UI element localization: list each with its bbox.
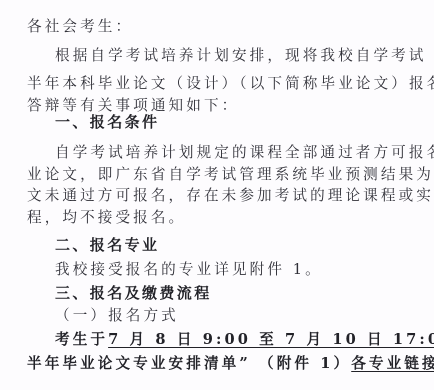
eligibility-line-2: 业论文，即广东省自学考试管理系统毕业预测结果为仅剩毕业论 <box>27 165 434 185</box>
section-heading-majors: 二、报名专业 <box>55 235 159 255</box>
eligibility-line-4: 程，均不接受报名。 <box>27 208 186 228</box>
registration-link-text: 各专业链接报名毕业论 <box>351 355 434 372</box>
method-line-2: 半年毕业论文专业安排清单” （附件 1）各专业链接报名毕业论 <box>27 354 434 374</box>
document-page: 各社会考生： 根据自学考试培养计划安排，现将我校自学考试 2024 年下 半年本… <box>0 0 434 390</box>
section-heading-process: 三、报名及缴费流程 <box>55 283 212 303</box>
method-line-1: 考生于7 月 8 日 9:00 至 7 月 10 日 17:00通过 “2024… <box>55 330 434 350</box>
method-line-2-prefix: 半年毕业论文专业安排清单” （附件 1） <box>27 355 351 372</box>
majors-line-1: 我校接受报名的专业详见附件 1。 <box>55 260 323 280</box>
subsection-heading-method: （一）报名方式 <box>55 306 179 326</box>
eligibility-line-1: 自学考试培养计划规定的课程全部通过者方可报名撰写毕 <box>55 143 434 163</box>
method-line-1-prefix: 考生于 <box>55 331 108 348</box>
salutation: 各社会考生： <box>27 17 133 37</box>
eligibility-line-3: 文未通过方可报名，存在未参加考试的理论课程或实践考核课 <box>27 186 434 206</box>
registration-period: 7 月 8 日 9:00 至 7 月 10 日 17:00 <box>108 331 434 348</box>
intro-line-1: 根据自学考试培养计划安排，现将我校自学考试 2024 年下 <box>55 46 434 66</box>
intro-line-2: 半年本科毕业论文（设计）（以下简称毕业论文）报名、 撰写、 <box>27 74 434 94</box>
section-heading-eligibility: 一、报名条件 <box>55 112 159 132</box>
